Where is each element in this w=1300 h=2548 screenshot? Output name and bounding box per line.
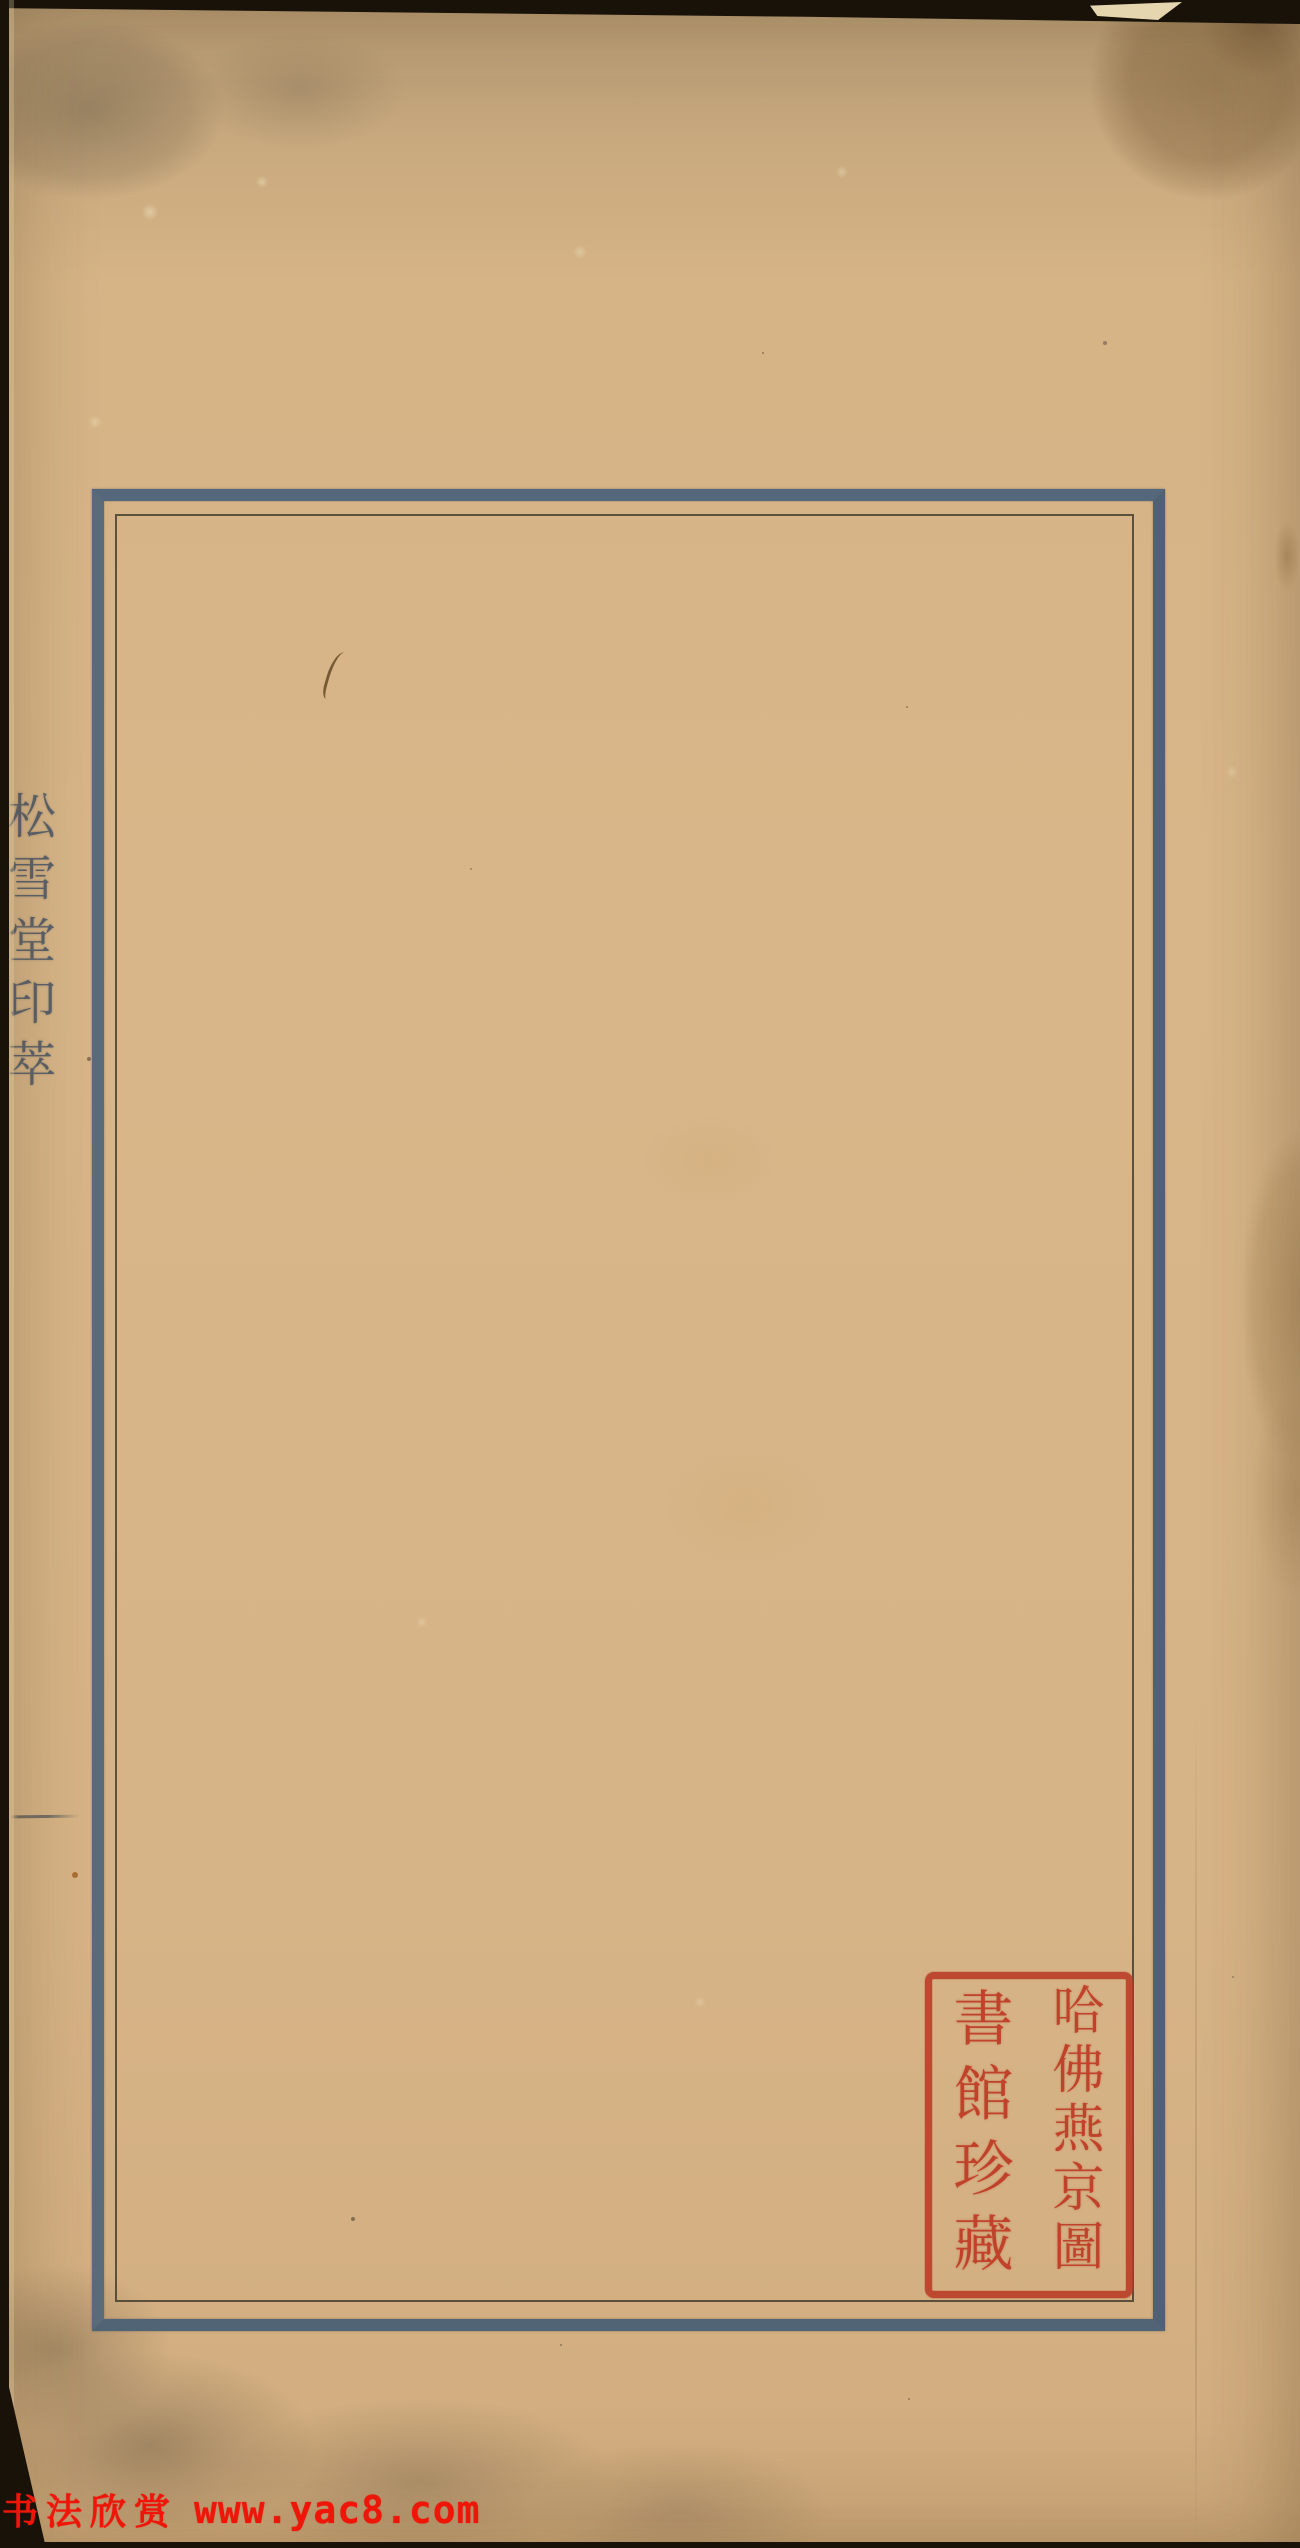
seal-column-left: 書館珍藏	[952, 1983, 1016, 2287]
foxing-dot	[72, 1872, 78, 1878]
scanned-book-page: { "margin_title": { "text": "松雪堂印萃", "in…	[0, 0, 1300, 2548]
scan-edge-left	[0, 0, 9, 2548]
library-collection-seal: 哈佛燕京圖 書館珍藏	[925, 1972, 1133, 2298]
watermark-site-url: www.yac8.com	[194, 2488, 481, 2532]
paper-crease	[1195, 1700, 1197, 2545]
scan-edge-bottom	[0, 2542, 1300, 2548]
site-watermark: 书法欣赏 www.yac8.com	[2, 2484, 481, 2535]
torn-edge-highlight	[9, 0, 14, 2548]
watermark-site-name: 书法欣赏	[2, 2484, 178, 2535]
seal-column-right: 哈佛燕京圖	[1051, 1983, 1107, 2287]
